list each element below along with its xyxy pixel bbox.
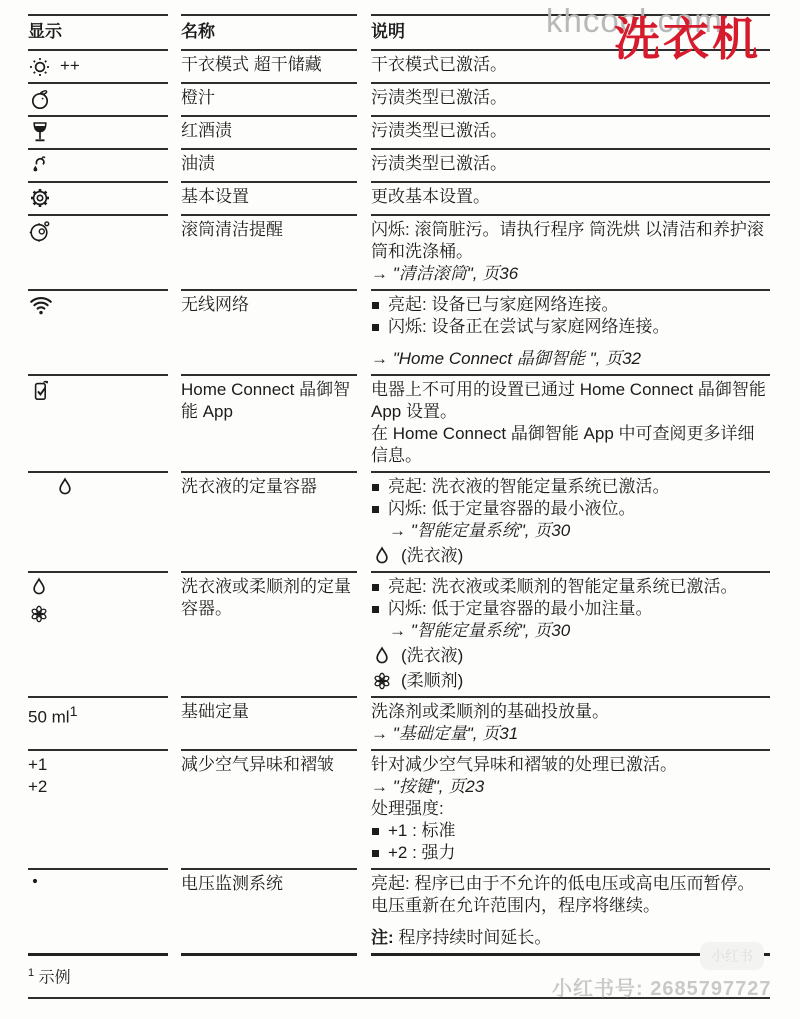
text-segment: 干衣模式已激活。 (371, 55, 507, 74)
row-base-dose: 50 ml1基础定量洗涤剂或柔顺剂的基础投放量。→ "基础定量", 页31 (28, 698, 770, 751)
description-line: 污渍类型已激活。 (371, 87, 770, 109)
bullet-line: 亮起: 洗衣液的智能定量系统已激活。 (371, 476, 770, 498)
text-segment: 污渍类型已激活。 (371, 154, 507, 173)
bullet-square (372, 506, 379, 513)
text-segment: → (371, 264, 393, 283)
display-value-line: +2 (28, 776, 168, 798)
bullet-text: 闪烁: 设备正在尝试与家庭网络连接。 (388, 316, 669, 338)
flower-icon (371, 670, 393, 692)
bullet-text: 亮起: 设备已与家庭网络连接。 (388, 294, 618, 316)
watermark-bottom-id: 小红书号: 2685797727 (552, 972, 771, 1001)
text-segment: 闪烁: 低于定量容器的最小加注量。 (388, 599, 652, 618)
display-cell (28, 870, 168, 956)
row-wifi: 无线网络亮起: 设备已与家庭网络连接。闪烁: 设备正在尝试与家庭网络连接。→ "… (28, 291, 770, 376)
description-line: 污渍类型已激活。 (371, 120, 770, 142)
bullet-square (372, 484, 379, 491)
symbols-table: 显示名称说明++干衣模式 超干储藏干衣模式已激活。橙汁污渍类型已激活。红酒渍污渍… (28, 14, 770, 999)
text-segment: (柔顺剂) (401, 671, 463, 690)
display-symbols (28, 120, 168, 144)
text-segment: 更改基本设置。 (371, 187, 490, 206)
name-cell: 橙汁 (181, 84, 357, 117)
text-segment: → (371, 777, 393, 796)
bullet-line: 闪烁: 设备正在尝试与家庭网络连接。 (371, 316, 770, 338)
description-line: → "Home Connect 晶御智能 ", 页32 (371, 348, 770, 370)
display-symbols (28, 576, 168, 625)
name-cell: 洗衣液或柔顺剂的定量容器。 (181, 573, 357, 698)
description-cell: 电器上不可用的设置已通过 Home Connect 晶御智能 App 设置。在 … (371, 376, 770, 473)
text-segment: 亮起: 程序已由于不允许的低电压或高电压而暂停。电压重新在允许范围内，程序将继续… (371, 874, 754, 915)
row-odor-wrinkle: +1+2减少空气异味和褶皱针对减少空气异味和褶皱的处理已激活。→ "按键", 页… (28, 751, 770, 870)
bullet-square (372, 302, 379, 309)
text-segment: 注: (371, 928, 398, 947)
gear-icon (28, 186, 52, 210)
display-symbols (28, 186, 168, 210)
display-suffix: ++ (60, 55, 80, 77)
text-segment: 污渍类型已激活。 (371, 88, 507, 107)
name-cell: 干衣模式 超干储藏 (181, 51, 357, 84)
name-cell: 红酒渍 (181, 117, 357, 150)
display-symbols: ++ (28, 54, 168, 78)
display-cell (28, 573, 168, 698)
text-segment: 程序持续时间延长。 (398, 928, 551, 947)
display-cell (28, 84, 168, 117)
description-line: → "智能定量系统", 页30 (371, 520, 770, 542)
text-segment: → (371, 349, 393, 368)
text-segment: 针对减少空气异味和褶皱的处理已激活。 (371, 755, 677, 774)
text-segment: → (371, 724, 393, 743)
legend-text: (柔顺剂) (401, 670, 463, 692)
description-cell: 针对减少空气异味和褶皱的处理已激活。→ "按键", 页23处理强度:+1 : 标… (371, 751, 770, 870)
text-segment: +2 : 强力 (388, 843, 456, 862)
description-cell: 更改基本设置。 (371, 183, 770, 216)
description-cell: 亮起: 洗衣液的智能定量系统已激活。闪烁: 低于定量容器的最小液位。→ "智能定… (371, 473, 770, 573)
display-symbols (28, 87, 168, 111)
text-segment: "清洁滚筒", 页36 (393, 264, 518, 283)
watermark-red-logo: 洗衣机 (614, 3, 761, 69)
bullet-text: 亮起: 洗衣液的智能定量系统已激活。 (388, 476, 669, 498)
display-cell: +1+2 (28, 751, 168, 870)
text-segment: 闪烁: 设备正在尝试与家庭网络连接。 (388, 317, 669, 336)
row-detergent-softener-container: 洗衣液或柔顺剂的定量容器。亮起: 洗衣液或柔顺剂的智能定量系统已激活。闪烁: 低… (28, 573, 770, 698)
description-line: 在 Home Connect 晶御智能 App 中可查阅更多详细信息。 (371, 423, 770, 467)
display-cell (28, 117, 168, 150)
column-header: 名称 (181, 14, 357, 51)
display-symbols (28, 379, 168, 403)
sun-icon (28, 54, 52, 78)
description-line: 电器上不可用的设置已通过 Home Connect 晶御智能 App 设置。 (371, 379, 770, 423)
description-cell: 亮起: 洗衣液或柔顺剂的智能定量系统已激活。闪烁: 低于定量容器的最小加注量。→… (371, 573, 770, 698)
text-segment: "智能定量系统", 页30 (411, 521, 570, 540)
droplet-icon (28, 576, 50, 598)
description-line: 亮起: 程序已由于不允许的低电压或高电压而暂停。电压重新在允许范围内，程序将继续… (371, 873, 770, 917)
bullet-line: 亮起: 设备已与家庭网络连接。 (371, 294, 770, 316)
text-segment: 污渍类型已激活。 (371, 121, 507, 140)
description-line: 更改基本设置。 (371, 186, 770, 208)
bullet-text: 闪烁: 低于定量容器的最小加注量。 (388, 598, 652, 620)
description-line: → "智能定量系统", 页30 (371, 620, 770, 642)
text-segment: 在 Home Connect 晶御智能 App 中可查阅更多详细信息。 (371, 424, 755, 465)
description-cell: 污渍类型已激活。 (371, 117, 770, 150)
row-home-connect: Home Connect 晶御智能 App电器上不可用的设置已通过 Home C… (28, 376, 770, 473)
display-cell (28, 376, 168, 473)
bullet-line: +1 : 标准 (371, 820, 770, 842)
text-segment: 亮起: 设备已与家庭网络连接。 (388, 295, 618, 314)
name-cell: 无线网络 (181, 291, 357, 376)
description-cell: 闪烁: 滚筒脏污。请执行程序 筒洗烘 以清洁和养护滚筒和洗涤桶。→ "清洁滚筒"… (371, 216, 770, 291)
legend-text: (洗衣液) (401, 645, 463, 667)
wifi-icon (28, 294, 54, 318)
text-segment: 处理强度: (371, 799, 444, 818)
text-segment: +1 : 标准 (388, 821, 456, 840)
name-cell: 基础定量 (181, 698, 357, 751)
row-drum-clean: 滚筒清洁提醒闪烁: 滚筒脏污。请执行程序 筒洗烘 以清洁和养护滚筒和洗涤桶。→ … (28, 216, 770, 291)
description-cell: 洗涤剂或柔顺剂的基础投放量。→ "基础定量", 页31 (371, 698, 770, 751)
bullet-text: +1 : 标准 (388, 820, 456, 842)
display-cell: 50 ml1 (28, 698, 168, 751)
name-cell: 减少空气异味和褶皱 (181, 751, 357, 870)
symbol-with-suffix: ++ (28, 54, 80, 78)
description-line: 污渍类型已激活。 (371, 153, 770, 175)
row-red-wine: 红酒渍污渍类型已激活。 (28, 117, 770, 150)
bullet-square (372, 828, 379, 835)
bullet-line: 闪烁: 低于定量容器的最小加注量。 (371, 598, 770, 620)
text-segment: "按键", 页23 (393, 777, 484, 796)
text-segment: 亮起: 洗衣液的智能定量系统已激活。 (388, 477, 669, 496)
bullet-line: 亮起: 洗衣液或柔顺剂的智能定量系统已激活。 (371, 576, 770, 598)
description-cell: 亮起: 设备已与家庭网络连接。闪烁: 设备正在尝试与家庭网络连接。→ "Home… (371, 291, 770, 376)
wine-glass-icon (28, 120, 52, 144)
name-cell: 洗衣液的定量容器 (181, 473, 357, 573)
column-header: 显示 (28, 14, 168, 51)
bullet-text: 亮起: 洗衣液或柔顺剂的智能定量系统已激活。 (388, 576, 737, 598)
description-cell: 污渍类型已激活。 (371, 150, 770, 183)
description-line: → "清洁滚筒", 页36 (371, 263, 770, 285)
display-cell: ++ (28, 51, 168, 84)
description-line: → "按键", 页23 (371, 776, 770, 798)
bullet-text: +2 : 强力 (388, 842, 456, 864)
droplet-icon (371, 645, 393, 667)
display-cell (28, 473, 168, 573)
oil-drop-icon (28, 153, 52, 177)
text-segment: "智能定量系统", 页30 (411, 621, 570, 640)
name-cell: Home Connect 晶御智能 App (181, 376, 357, 473)
row-basic-settings: 基本设置更改基本设置。 (28, 183, 770, 216)
display-cell (28, 183, 168, 216)
name-cell: 油渍 (181, 150, 357, 183)
legend-text: (洗衣液) (401, 545, 463, 567)
footnote-label: 示例 (34, 969, 70, 986)
text-segment: 洗涤剂或柔顺剂的基础投放量。 (371, 702, 609, 721)
manual-page: khcool.com 洗衣机 显示名称说明++干衣模式 超干储藏干衣模式已激活。… (0, 0, 800, 1019)
dot-icon (28, 873, 42, 887)
legend-line: (洗衣液) (371, 645, 770, 667)
display-symbols (28, 219, 168, 243)
bullet-line: 闪烁: 低于定量容器的最小液位。 (371, 498, 770, 520)
bullet-square (372, 606, 379, 613)
text-segment: 闪烁: 低于定量容器的最小液位。 (388, 499, 635, 518)
bullet-square (372, 324, 379, 331)
text-segment: → (389, 521, 411, 540)
text-segment: "基础定量", 页31 (393, 724, 518, 743)
description-cell: 污渍类型已激活。 (371, 84, 770, 117)
droplet-icon (371, 545, 393, 567)
row-oil-stain: 油渍污渍类型已激活。 (28, 150, 770, 183)
legend-line: (洗衣液) (371, 545, 770, 567)
droplet-icon (54, 476, 76, 498)
description-line: 处理强度: (371, 798, 770, 820)
text-segment: "Home Connect 晶御智能 ", 页32 (393, 349, 641, 368)
row-orange-juice: 橙汁污渍类型已激活。 (28, 84, 770, 117)
row-detergent-container: 洗衣液的定量容器亮起: 洗衣液的智能定量系统已激活。闪烁: 低于定量容器的最小液… (28, 473, 770, 573)
name-cell: 滚筒清洁提醒 (181, 216, 357, 291)
description-line: → "基础定量", 页31 (371, 723, 770, 745)
display-symbols (28, 153, 168, 177)
text-segment: 亮起: 洗衣液或柔顺剂的智能定量系统已激活。 (388, 577, 737, 596)
text-segment: 闪烁: 滚筒脏污。请执行程序 筒洗烘 以清洁和养护滚筒和洗涤桶。 (371, 220, 764, 261)
display-value: 50 ml (28, 708, 70, 727)
text-segment: → (389, 621, 411, 640)
text-segment: 电器上不可用的设置已通过 Home Connect 晶御智能 App 设置。 (371, 380, 766, 421)
display-cell (28, 291, 168, 376)
flower-icon (28, 603, 50, 625)
display-symbols (28, 294, 168, 318)
bullet-square (372, 850, 379, 857)
display-cell (28, 150, 168, 183)
display-superscript: 1 (70, 704, 78, 720)
bullet-square (372, 584, 379, 591)
bullet-line: +2 : 强力 (371, 842, 770, 864)
text-segment: (洗衣液) (401, 546, 463, 565)
phone-check-icon (28, 379, 52, 403)
bullet-text: 闪烁: 低于定量容器的最小液位。 (388, 498, 635, 520)
display-symbols (54, 476, 168, 498)
description-line: 针对减少空气异味和褶皱的处理已激活。 (371, 754, 770, 776)
watermark-badge: 小红书 (700, 942, 764, 970)
name-cell: 基本设置 (181, 183, 357, 216)
description-line: 洗涤剂或柔顺剂的基础投放量。 (371, 701, 770, 723)
name-cell: 电压监测系统 (181, 870, 357, 956)
text-segment: (洗衣液) (401, 646, 463, 665)
drum-clean-icon (28, 219, 52, 243)
display-symbols (28, 873, 168, 887)
orange-icon (28, 87, 52, 111)
display-cell (28, 216, 168, 291)
row-voltage-monitor: 电压监测系统亮起: 程序已由于不允许的低电压或高电压而暂停。电压重新在允许范围内… (28, 870, 770, 956)
display-value-line: +1 (28, 754, 168, 776)
description-line: 闪烁: 滚筒脏污。请执行程序 筒洗烘 以清洁和养护滚筒和洗涤桶。 (371, 219, 770, 263)
legend-line: (柔顺剂) (371, 670, 770, 692)
